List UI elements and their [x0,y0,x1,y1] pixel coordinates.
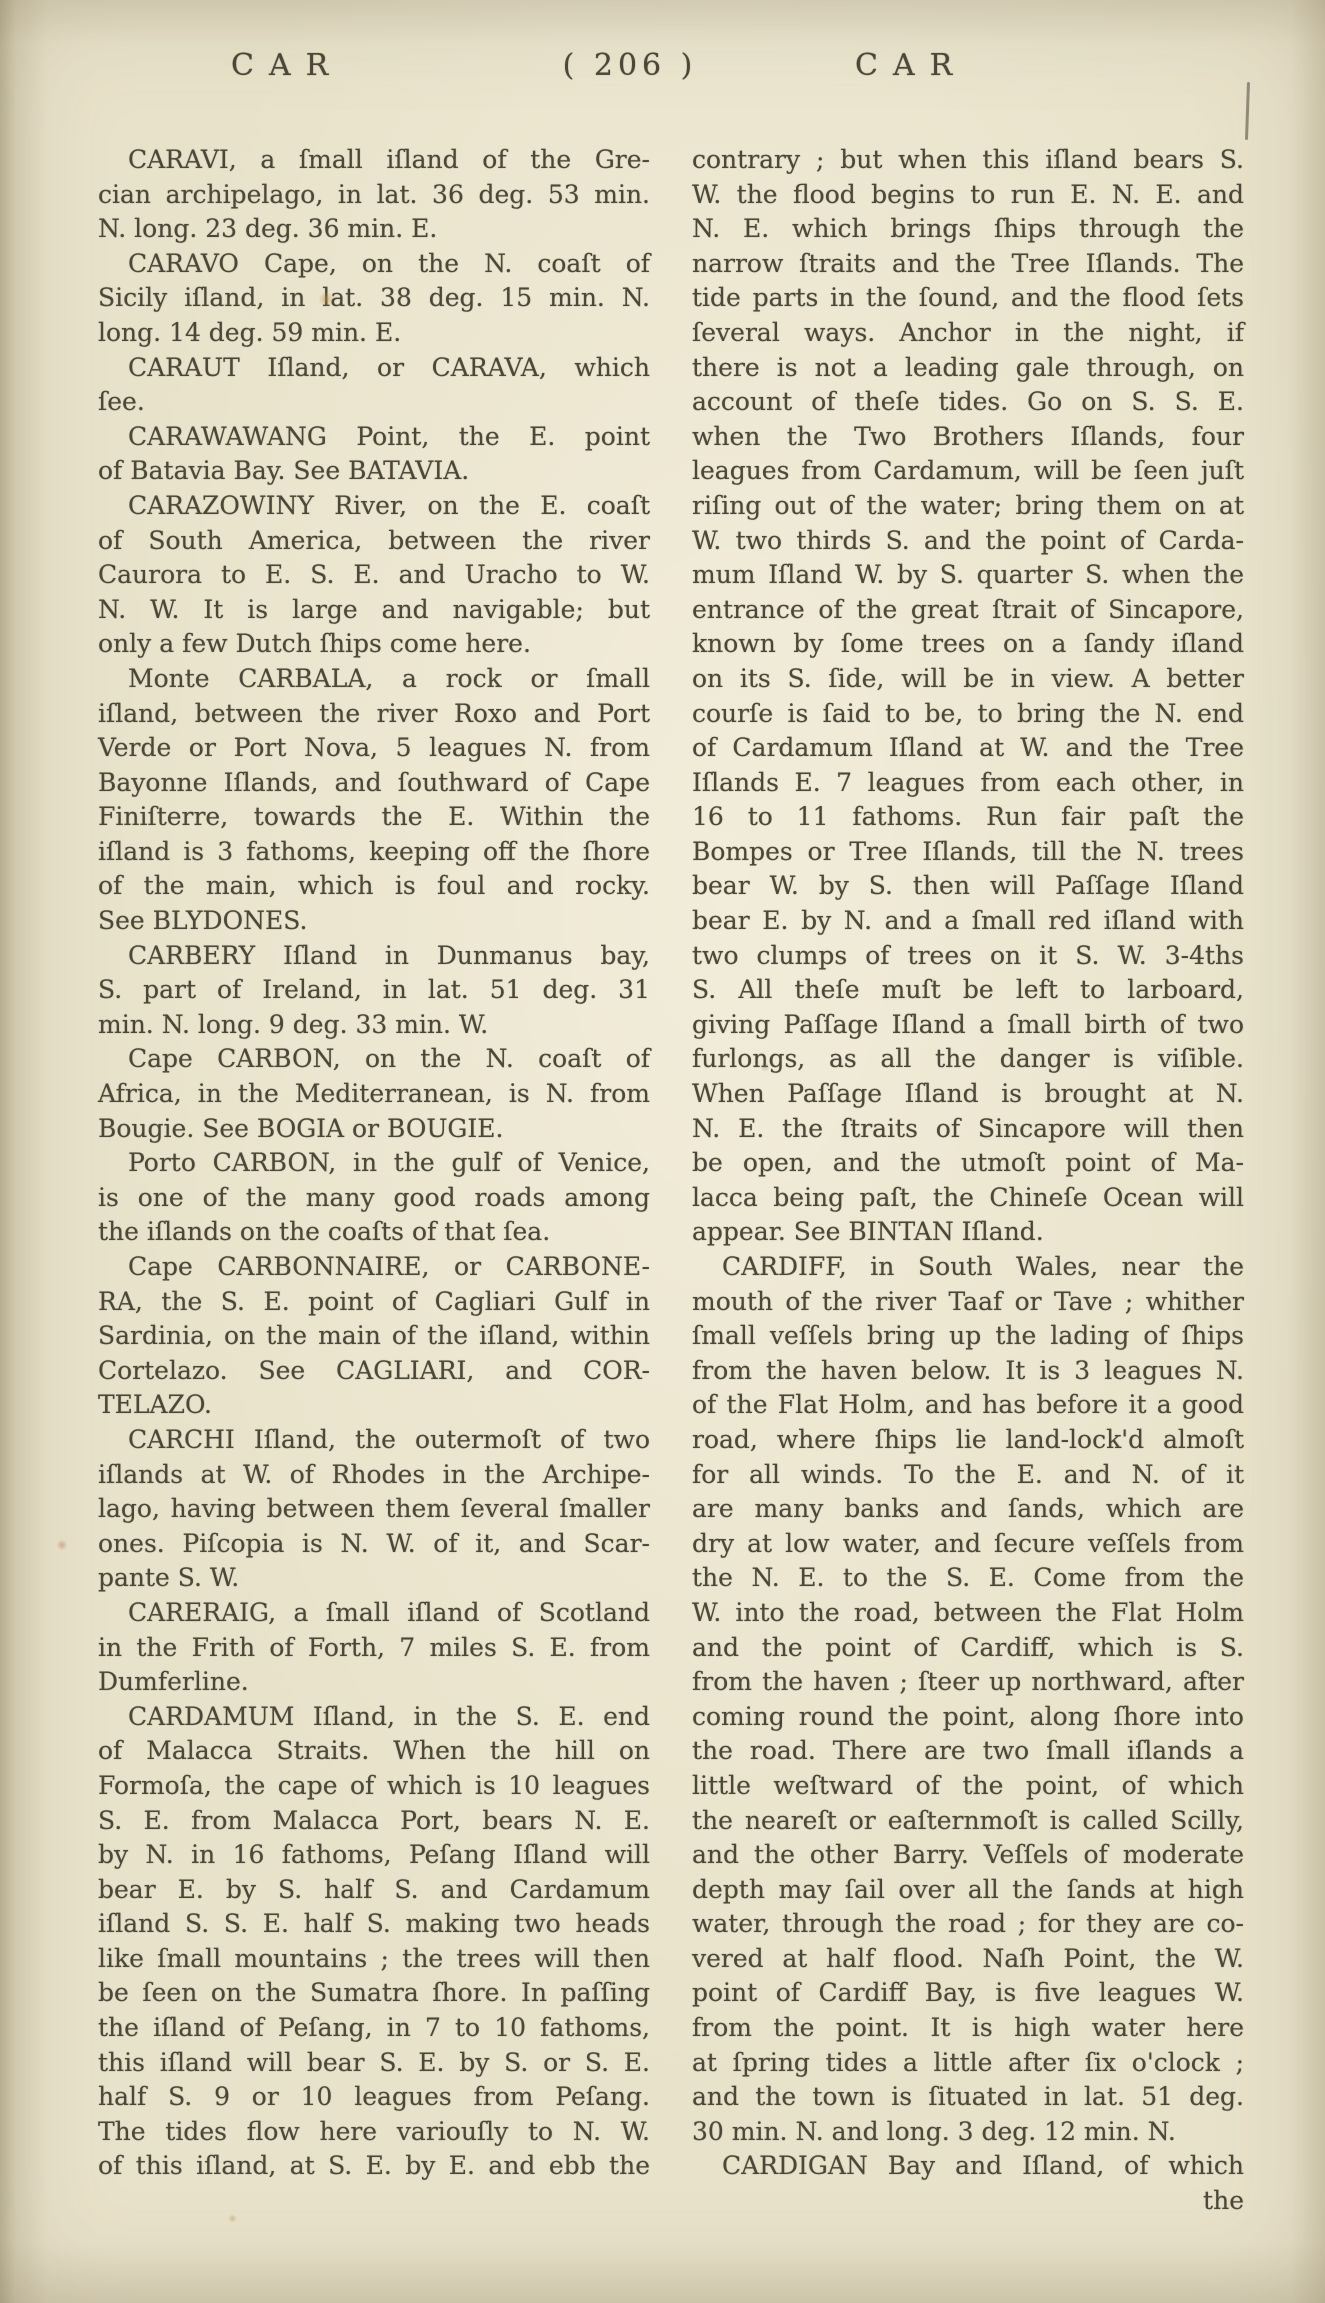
text-line: of this iſland, at S. E. by E. and ebb t… [98,2149,650,2184]
text-line: of the main, which is foul and rocky. [98,869,650,904]
text-line: known by ſome trees on a ſandy iſland [692,627,1244,662]
text-line: courſe is ſaid to be, to bring the N. en… [692,697,1244,732]
text-line: CARBERY Iſland in Dunmanus bay, [98,939,650,974]
text-line: ſee. [98,385,650,420]
text-line: and the other Barry. Veſſels of moderate [692,1838,1244,1873]
text-line: bear W. by S. then will Paſſage Iſland [692,869,1244,904]
text-line: narrow ſtraits and the Tree Iſlands. The [692,247,1244,282]
text-line: be ſeen on the Sumatra ſhore. In paſſing [98,1976,650,2011]
text-line: the iſland of Peſang, in 7 to 10 fathoms… [98,2011,650,2046]
text-line: pante S. W. [98,1561,650,1596]
text-line: W. two thirds S. and the point of Carda- [692,524,1244,559]
text-line: for all winds. To the E. and N. of it [692,1458,1244,1493]
text-line: and the town is ſituated in lat. 51 deg. [692,2080,1244,2115]
text-line: contrary ; but when this iſland bears S. [692,143,1244,178]
text-line: Sicily iſland, in lat. 38 deg. 15 min. N… [98,281,650,316]
text-line: water, through the road ; for they are c… [692,1907,1244,1942]
text-line: mum Iſland W. by S. quarter S. when the [692,558,1244,593]
text-line: by N. in 16 fathoms, Peſang Iſland will [98,1838,650,1873]
paragraph: CARAWAWANG Point, the E. pointof Batavia… [98,420,650,489]
text-line: N. E. which brings ſhips through the [692,212,1244,247]
text-line: Cortelazo. See CAGLIARI, and COR- [98,1354,650,1389]
text-line: ſmall veſſels bring up the lading of ſhi… [692,1319,1244,1354]
text-line: CARAVO Cape, on the N. coaſt of [98,247,650,282]
text-line: lago, having between them ſeveral ſmalle… [98,1492,650,1527]
text-line: two clumps of trees on it S. W. 3-4ths [692,939,1244,974]
text-line: the neareſt or eaſternmoſt is called Sci… [692,1804,1244,1839]
text-line: when the Two Brothers Iſlands, four [692,420,1244,455]
text-line: Finiſterre, towards the E. Within the [98,800,650,835]
text-line: from the point. It is high water here [692,2011,1244,2046]
page-number: ( 206 ) [545,48,715,83]
text-line: vered at half flood. Naſh Point, the W. [692,1942,1244,1977]
text-line: dry at low water, and ſecure veſſels fro… [692,1527,1244,1562]
text-line: min. N. long. 9 deg. 33 min. W. [98,1008,650,1043]
paragraph: CARDIGAN Bay and Iſland, of which [692,2149,1244,2184]
text-line: long. 14 deg. 59 min. E. [98,316,650,351]
text-line: CARAWAWANG Point, the E. point [98,420,650,455]
text-line: N. long. 23 deg. 36 min. E. [98,212,650,247]
text-line: iſland S. S. E. half S. making two heads [98,1907,650,1942]
text-line: iſland is 3 fathoms, keeping off the ſho… [98,835,650,870]
text-line: from the haven ; ſteer up northward, aft… [692,1665,1244,1700]
text-line: N. E. the ſtraits of Sincapore will then [692,1112,1244,1147]
text-line: Cape CARBON, on the N. coaſt of [98,1042,650,1077]
paragraph: Cape CARBON, on the N. coaſt ofAfrica, i… [98,1042,650,1146]
text-line: account of theſe tides. Go on S. S. E. [692,385,1244,420]
paragraph: CARAZOWINY River, on the E. coaſtof Sout… [98,489,650,662]
text-line: depth may ſail over all the ſands at hig… [692,1873,1244,1908]
paragraph: Monte CARBALA, a rock or ſmalliſland, be… [98,662,650,939]
text-line: 30 min. N. and long. 3 deg. 12 min. N. [692,2115,1244,2150]
text-line: TELAZO. [98,1388,650,1423]
paragraph: CARERAIG, a ſmall iſland of Scotlandin t… [98,1596,650,1700]
text-line: cian archipelago, in lat. 36 deg. 53 min… [98,178,650,213]
text-line: is one of the many good roads among [98,1181,650,1216]
text-line: Africa, in the Mediterranean, is N. from [98,1077,650,1112]
text-line: CARDIGAN Bay and Iſland, of which [692,2149,1244,2184]
text-line: 16 to 11 fathoms. Run fair paſt the [692,800,1244,835]
paragraph: CARAUT Iſland, or CARAVA, whichſee. [98,351,650,420]
text-line: of the Flat Holm, and has before it a go… [692,1388,1244,1423]
text-line: from the haven below. It is 3 leagues N. [692,1354,1244,1389]
text-line: riſing out of the water; bring them on a… [692,489,1244,524]
header-right-title: CAR [855,48,967,83]
text-line: bear E. by S. half S. and Cardamum [98,1873,650,1908]
text-line: W. into the road, between the Flat Holm [692,1596,1244,1631]
text-line: ſeveral ways. Anchor in the night, if [692,316,1244,351]
text-line: lacca being paſt, the Chineſe Ocean will [692,1181,1244,1216]
book-page: CAR ( 206 ) CAR CARAVI, a ſmall iſland o… [0,0,1325,2303]
paragraph: CARAVI, a ſmall iſland of the Gre-cian a… [98,143,650,247]
text-columns: CARAVI, a ſmall iſland of the Gre-cian a… [98,143,1244,2219]
paragraph: CARDAMUM Iſland, in the S. E. endof Mala… [98,1700,650,2184]
text-line: mouth of the river Taaf or Tave ; whithe… [692,1285,1244,1320]
text-line: of Malacca Straits. When the hill on [98,1734,650,1769]
text-line: Dumferline. [98,1665,650,1700]
text-line: CARDAMUM Iſland, in the S. E. end [98,1700,650,1735]
text-line: Verde or Port Nova, 5 leagues N. from [98,731,650,766]
text-line: CARAVI, a ſmall iſland of the Gre- [98,143,650,178]
text-line: are many banks and ſands, which are [692,1492,1244,1527]
text-line: at ſpring tides a little after ſix o'clo… [692,2046,1244,2081]
text-line: entrance of the great ſtrait of Sincapor… [692,593,1244,628]
text-line: little weſtward of the point, of which [692,1769,1244,1804]
text-line: furlongs, as all the danger is viſible. [692,1042,1244,1077]
text-line: in the Frith of Forth, 7 miles S. E. fro… [98,1631,650,1666]
catchword: the [692,2184,1244,2219]
paragraph: CARBERY Iſland in Dunmanus bay,S. part o… [98,939,650,1043]
text-line: tide parts in the ſound, and the flood ſ… [692,281,1244,316]
text-line: point of Cardiff Bay, is five leagues W. [692,1976,1244,2011]
text-line: like ſmall mountains ; the trees will th… [98,1942,650,1977]
text-line: only a few Dutch ſhips come here. [98,627,650,662]
text-line: of Cardamum Iſland at W. and the Tree [692,731,1244,766]
text-line: of South America, between the river [98,524,650,559]
text-line: Caurora to E. S. E. and Uracho to W. [98,558,650,593]
column-left: CARAVI, a ſmall iſland of the Gre-cian a… [98,143,650,2219]
paragraph: Porto CARBON, in the gulf of Venice,is o… [98,1146,650,1250]
text-line: the N. E. to the S. E. Come from the [692,1561,1244,1596]
paragraph: CARCHI Iſland, the outermoſt of twoiſlan… [98,1423,650,1596]
text-line: S. part of Ireland, in lat. 51 deg. 31 [98,973,650,1008]
text-line: S. E. from Malacca Port, bears N. E. [98,1804,650,1839]
text-line: leagues from Cardamum, will be ſeen juſt [692,454,1244,489]
paper-stain [56,1540,68,1550]
text-line: RA, the S. E. point of Cagliari Gulf in [98,1285,650,1320]
text-line: appear. See BINTAN Iſland. [692,1215,1244,1250]
paragraph: contrary ; but when this iſland bears S.… [692,143,1244,1250]
text-line: CARERAIG, a ſmall iſland of Scotland [98,1596,650,1631]
paragraph: CARDIFF, in South Wales, near themouth o… [692,1250,1244,2149]
text-line: Porto CARBON, in the gulf of Venice, [98,1146,650,1181]
text-line: this iſland will bear S. E. by S. or S. … [98,2046,650,2081]
text-line: and the point of Cardiff, which is S. [692,1631,1244,1666]
text-line: Cape CARBONNAIRE, or CARBONE- [98,1250,650,1285]
text-line: CARAUT Iſland, or CARAVA, which [98,351,650,386]
text-line: the iſlands on the coaſts of that ſea. [98,1215,650,1250]
text-line: half S. 9 or 10 leagues from Peſang. [98,2080,650,2115]
text-line: The tides flow here variouſly to N. W. [98,2115,650,2150]
text-line: Monte CARBALA, a rock or ſmall [98,662,650,697]
text-line: the road. There are two ſmall iſlands a [692,1734,1244,1769]
text-line: Sardinia, on the main of the iſland, wit… [98,1319,650,1354]
text-line: When Paſſage Iſland is brought at N. [692,1077,1244,1112]
text-line: road, where ſhips lie land-lock'd almoſt [692,1423,1244,1458]
text-line: of Batavia Bay. See BATAVIA. [98,454,650,489]
text-line: S. All theſe muſt be left to larboard, [692,973,1244,1008]
header-left-title: CAR [231,48,343,83]
text-line: there is not a leading gale through, on [692,351,1244,386]
text-line: CARDIFF, in South Wales, near the [692,1250,1244,1285]
paragraph: CARAVO Cape, on the N. coaſt ofSicily iſ… [98,247,650,351]
text-line: giving Paſſage Iſland a ſmall birth of t… [692,1008,1244,1043]
text-line: CARCHI Iſland, the outermoſt of two [98,1423,650,1458]
column-right: contrary ; but when this iſland bears S.… [692,143,1244,2219]
text-line: iſland, between the river Roxo and Port [98,697,650,732]
paragraph: Cape CARBONNAIRE, or CARBONE-RA, the S. … [98,1250,650,1423]
text-line: Iſlands E. 7 leagues from each other, in [692,766,1244,801]
text-line: iſlands at W. of Rhodes in the Archipe- [98,1458,650,1493]
text-line: W. the flood begins to run E. N. E. and [692,178,1244,213]
text-line: See BLYDONES. [98,904,650,939]
text-line: Bougie. See BOGIA or BOUGIE. [98,1112,650,1147]
page-header: CAR ( 206 ) CAR [0,48,1325,94]
text-line: Formoſa, the cape of which is 10 leagues [98,1769,650,1804]
text-line: Bompes or Tree Iſlands, till the N. tree… [692,835,1244,870]
text-line: ones. Piſcopia is N. W. of it, and Scar- [98,1527,650,1562]
text-line: CARAZOWINY River, on the E. coaſt [98,489,650,524]
text-line: bear E. by N. and a ſmall red iſland wit… [692,904,1244,939]
text-line: be open, and the utmoſt point of Ma- [692,1146,1244,1181]
text-line: on its S. ſide, will be in view. A bette… [692,662,1244,697]
text-line: coming round the point, along ſhore into [692,1700,1244,1735]
text-line: Bayonne Iſlands, and ſouthward of Cape [98,766,650,801]
text-line: N. W. It is large and navigable; but [98,593,650,628]
